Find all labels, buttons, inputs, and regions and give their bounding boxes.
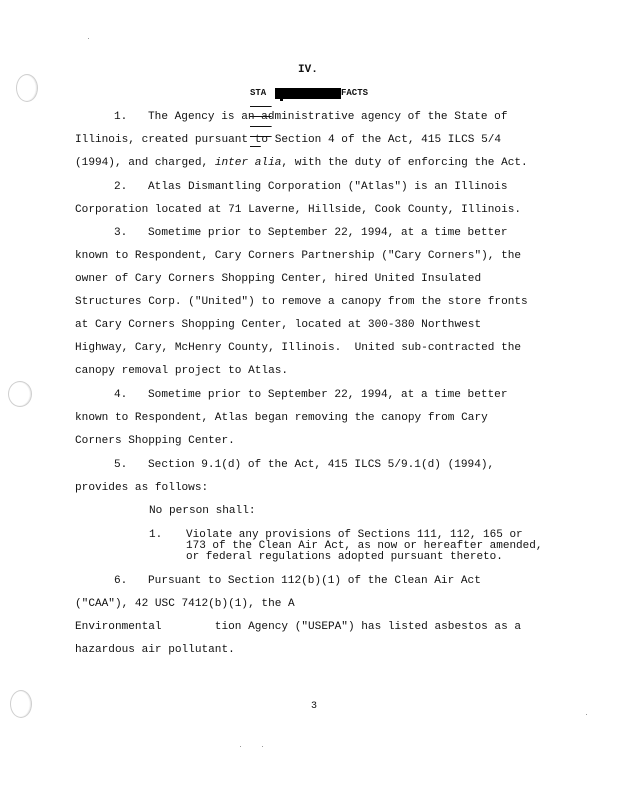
paragraph-text: known to Respondent, Atlas began removin… <box>75 412 488 425</box>
paragraph-text: canopy removal project to Atlas. <box>75 365 288 378</box>
paragraph-text: ("CAA"), 42 USC 7412(b)(1), the A <box>75 598 295 611</box>
scan-speck <box>240 746 241 747</box>
text-run: , with the duty of enforcing the Act. <box>281 157 527 169</box>
paragraph-text: Environmental tion Agency ("USEPA") has … <box>75 621 521 634</box>
page-number: 3 <box>311 701 317 712</box>
paragraph-number: 1. <box>114 111 127 124</box>
paragraph-text: Structures Corp. ("United") to remove a … <box>75 296 528 309</box>
paragraph-text: Corners Shopping Center. <box>75 435 235 448</box>
text-run: (1994), and charged, <box>75 157 215 169</box>
paragraph-number: 6. <box>114 575 127 588</box>
paragraph-number: 5. <box>114 459 127 472</box>
punch-hole-top <box>16 74 38 102</box>
section-title: STA FACTS <box>250 88 376 100</box>
scan-speck <box>88 38 89 39</box>
paragraph-text: at Cary Corners Shopping Center, located… <box>75 319 481 332</box>
redaction-bar <box>275 88 341 99</box>
section-number: IV. <box>298 64 318 76</box>
paragraph-text: Section 9.1(d) of the Act, 415 ILCS 5/9.… <box>148 459 494 472</box>
section-title-prefix: STA <box>250 88 266 98</box>
redaction-mark <box>280 98 283 101</box>
paragraph-text: Illinois, created pursuant to Section 4 … <box>75 134 501 147</box>
paragraph-text: Sometime prior to September 22, 1994, at… <box>148 389 508 402</box>
paragraph-text: owner of Cary Corners Shopping Center, h… <box>75 273 481 286</box>
quote-item-text: Violate any provisions of Sections 111, … <box>186 530 523 540</box>
italic-text-run: inter alia <box>215 157 282 169</box>
quote-intro: No person shall: <box>149 505 256 518</box>
paragraph-text: The Agency is an administrative agency o… <box>148 111 508 124</box>
paragraph-text: provides as follows: <box>75 482 208 495</box>
punch-hole-middle <box>8 381 32 407</box>
section-title-suffix: FACTS <box>341 88 368 98</box>
paragraph-text: (1994), and charged, inter alia, with th… <box>75 157 528 170</box>
document-page: IV. STA FACTS 1. The Agency is an admini… <box>0 0 618 800</box>
paragraph-number: 2. <box>114 181 127 194</box>
quote-item-text: or federal regulations adopted pursuant … <box>186 552 503 562</box>
paragraph-text: Pursuant to Section 112(b)(1) of the Cle… <box>148 575 481 588</box>
paragraph-number: 4. <box>114 389 127 402</box>
paragraph-text: Highway, Cary, McHenry County, Illinois.… <box>75 342 521 355</box>
paragraph-text: known to Respondent, Cary Corners Partne… <box>75 250 521 263</box>
quote-item-number: 1. <box>149 530 162 540</box>
punch-hole-bottom <box>10 690 32 718</box>
paragraph-text: Corporation located at 71 Laverne, Hills… <box>75 204 521 217</box>
paragraph-text: Atlas Dismantling Corporation ("Atlas") … <box>148 181 508 194</box>
paragraph-text: Sometime prior to September 22, 1994, at… <box>148 227 508 240</box>
quote-item-text: 173 of the Clean Air Act, as now or here… <box>186 541 542 551</box>
paragraph-text: hazardous air pollutant. <box>75 644 235 657</box>
paragraph-number: 3. <box>114 227 127 240</box>
scan-speck <box>586 714 587 715</box>
scan-speck <box>262 746 263 747</box>
